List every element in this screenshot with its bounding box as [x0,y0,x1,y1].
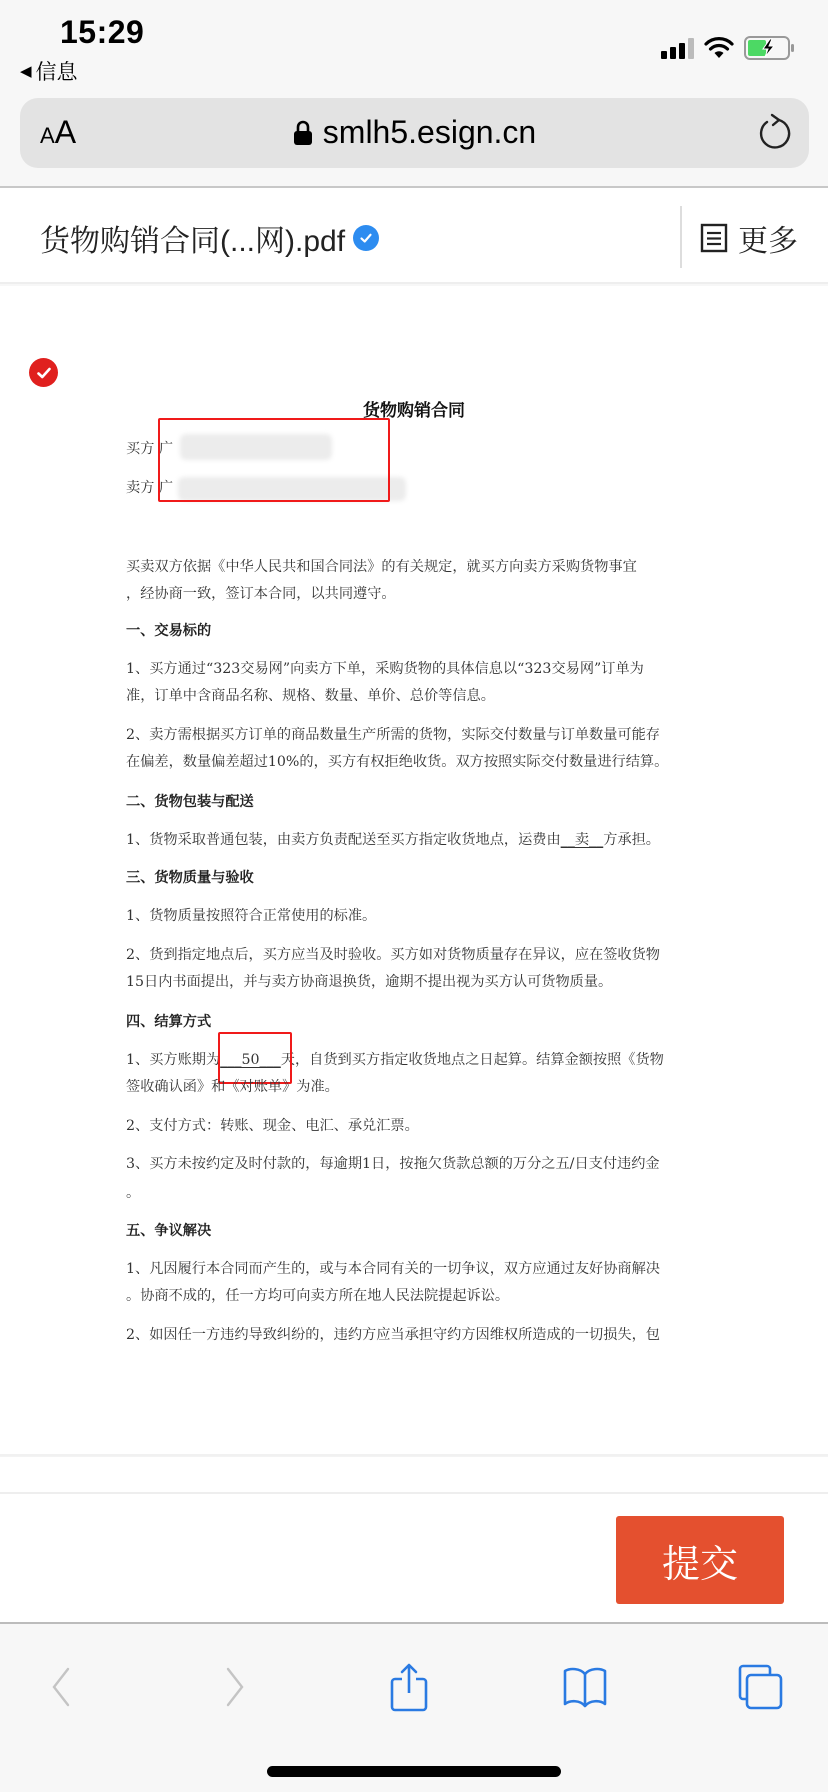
cellular-signal-icon [661,37,694,59]
section-3-line: 15日内书面提出，并与卖方协商退换货，逾期不提出视为买方认可货物质量。 [126,971,612,991]
header-divider [680,206,682,268]
section-4-heading: 四、结算方式 [126,1011,211,1031]
section-2-heading: 二、货物包装与配送 [126,791,254,811]
contract-title: 货物购销合同 [0,396,828,421]
status-icons [661,36,796,60]
list-icon [700,223,728,253]
chevron-left-icon [49,1667,73,1707]
section-1-line: 1、买方通过“323交易网”向卖方下单，采购货物的具体信息以“323交易网”订单… [126,658,644,678]
lock-icon [293,120,313,146]
intro-line-2: ，经协商一致，签订本合同，以共同遵守。 [126,583,396,603]
section-4-line: 3、买方未按约定及时付款的，每逾期1日，按拖欠货款总额的万分之五/日支付违约金 [126,1153,660,1173]
reload-icon [757,113,793,153]
section-4-line: 。 [126,1182,140,1202]
verified-check-icon [353,225,379,251]
chevron-right-icon [223,1667,247,1707]
section-1-line: 准，订单中含商品名称、规格、数量、单价、总价等信息。 [126,685,495,705]
share-button[interactable] [374,1652,444,1722]
book-icon [562,1666,608,1708]
app-header: 货物购销合同(...网).pdf 更多 [0,188,828,284]
section-3-line: 1、货物质量按照符合正常使用的标准。 [126,905,376,925]
back-triangle-icon: ◀ [20,62,32,80]
bookmarks-button[interactable] [550,1652,620,1722]
back-app-label: 信息 [36,56,78,86]
back-button[interactable] [26,1652,96,1722]
status-bar: 15:29 ◀ 信息 [0,0,828,92]
more-button[interactable]: 更多 [700,216,798,260]
submit-button[interactable]: 提交 [616,1516,784,1604]
section-4-line: 1、买方账期为___50___天，自货到买方指定收货地点之日起算。结算金额按照《… [126,1049,664,1069]
section-4-line: 签收确认函》和《对账单》为准。 [126,1076,339,1096]
document-title: 货物购销合同(...网).pdf [40,216,379,260]
section-1-line: 在偏差，数量偏差超过10%的，买方有权拒绝收货。双方按照实际交付数量进行结算。 [126,751,668,771]
section-1-heading: 一、交易标的 [126,620,211,640]
reload-button[interactable] [757,113,793,158]
back-to-app-button[interactable]: ◀ 信息 [20,56,78,86]
section-3-line: 2、货到指定地点后，买方应当及时验收。买方如对货物质量存在异议，应在签收货物 [126,944,660,964]
section-1-line: 2、卖方需根据买方订单的商品数量生产所需的货物，实际交付数量与订单数量可能存 [126,724,660,744]
section-5-line: 。协商不成的，任一方均可向卖方所在地人民法院提起诉讼。 [126,1285,509,1305]
tabs-icon [737,1663,785,1711]
section-2-line: 1、货物采取普通包装，由卖方负责配送至买方指定收货地点，运费由__卖__方承担。 [126,829,660,849]
battery-charging-icon [744,36,796,60]
shipping-payer-blank: __卖__ [561,832,604,848]
share-icon [389,1662,429,1712]
section-5-heading: 五、争议解决 [126,1220,211,1240]
section-5-line: 1、凡因履行本合同而产生的，或与本合同有关的一切争议，双方应通过友好协商解决 [126,1258,660,1278]
section-3-heading: 三、货物质量与验收 [126,867,254,887]
url-text: smlh5.esign.cn [323,114,536,151]
parties-highlight-box [158,418,390,502]
wifi-icon [704,37,734,59]
url-display[interactable]: smlh5.esign.cn [20,114,809,151]
status-time: 15:29 [60,14,144,51]
action-bar: 提交 [0,1492,828,1624]
signed-check-icon [29,358,58,387]
section-5-line: 2、如因任一方违约导致纠纷的，违约方应当承担守约方因维权所造成的一切损失，包 [126,1324,660,1344]
section-4-line: 2、支付方式：转账、现金、电汇、承兑汇票。 [126,1115,419,1135]
tabs-button[interactable] [726,1652,796,1722]
home-indicator[interactable] [267,1766,561,1777]
document-footer-gap [0,1456,828,1492]
address-bar[interactable]: AA smlh5.esign.cn [20,98,809,168]
intro-line-1: 买卖双方依据《中华人民共和国合同法》的有关规定，就买方向卖方采购货物事宜 [126,556,637,576]
forward-button[interactable] [200,1652,270,1722]
document-viewer[interactable]: 货物购销合同 买方 广 卖方 广 买卖双方依据《中华人民共和国合同法》的有关规定… [0,286,828,1456]
